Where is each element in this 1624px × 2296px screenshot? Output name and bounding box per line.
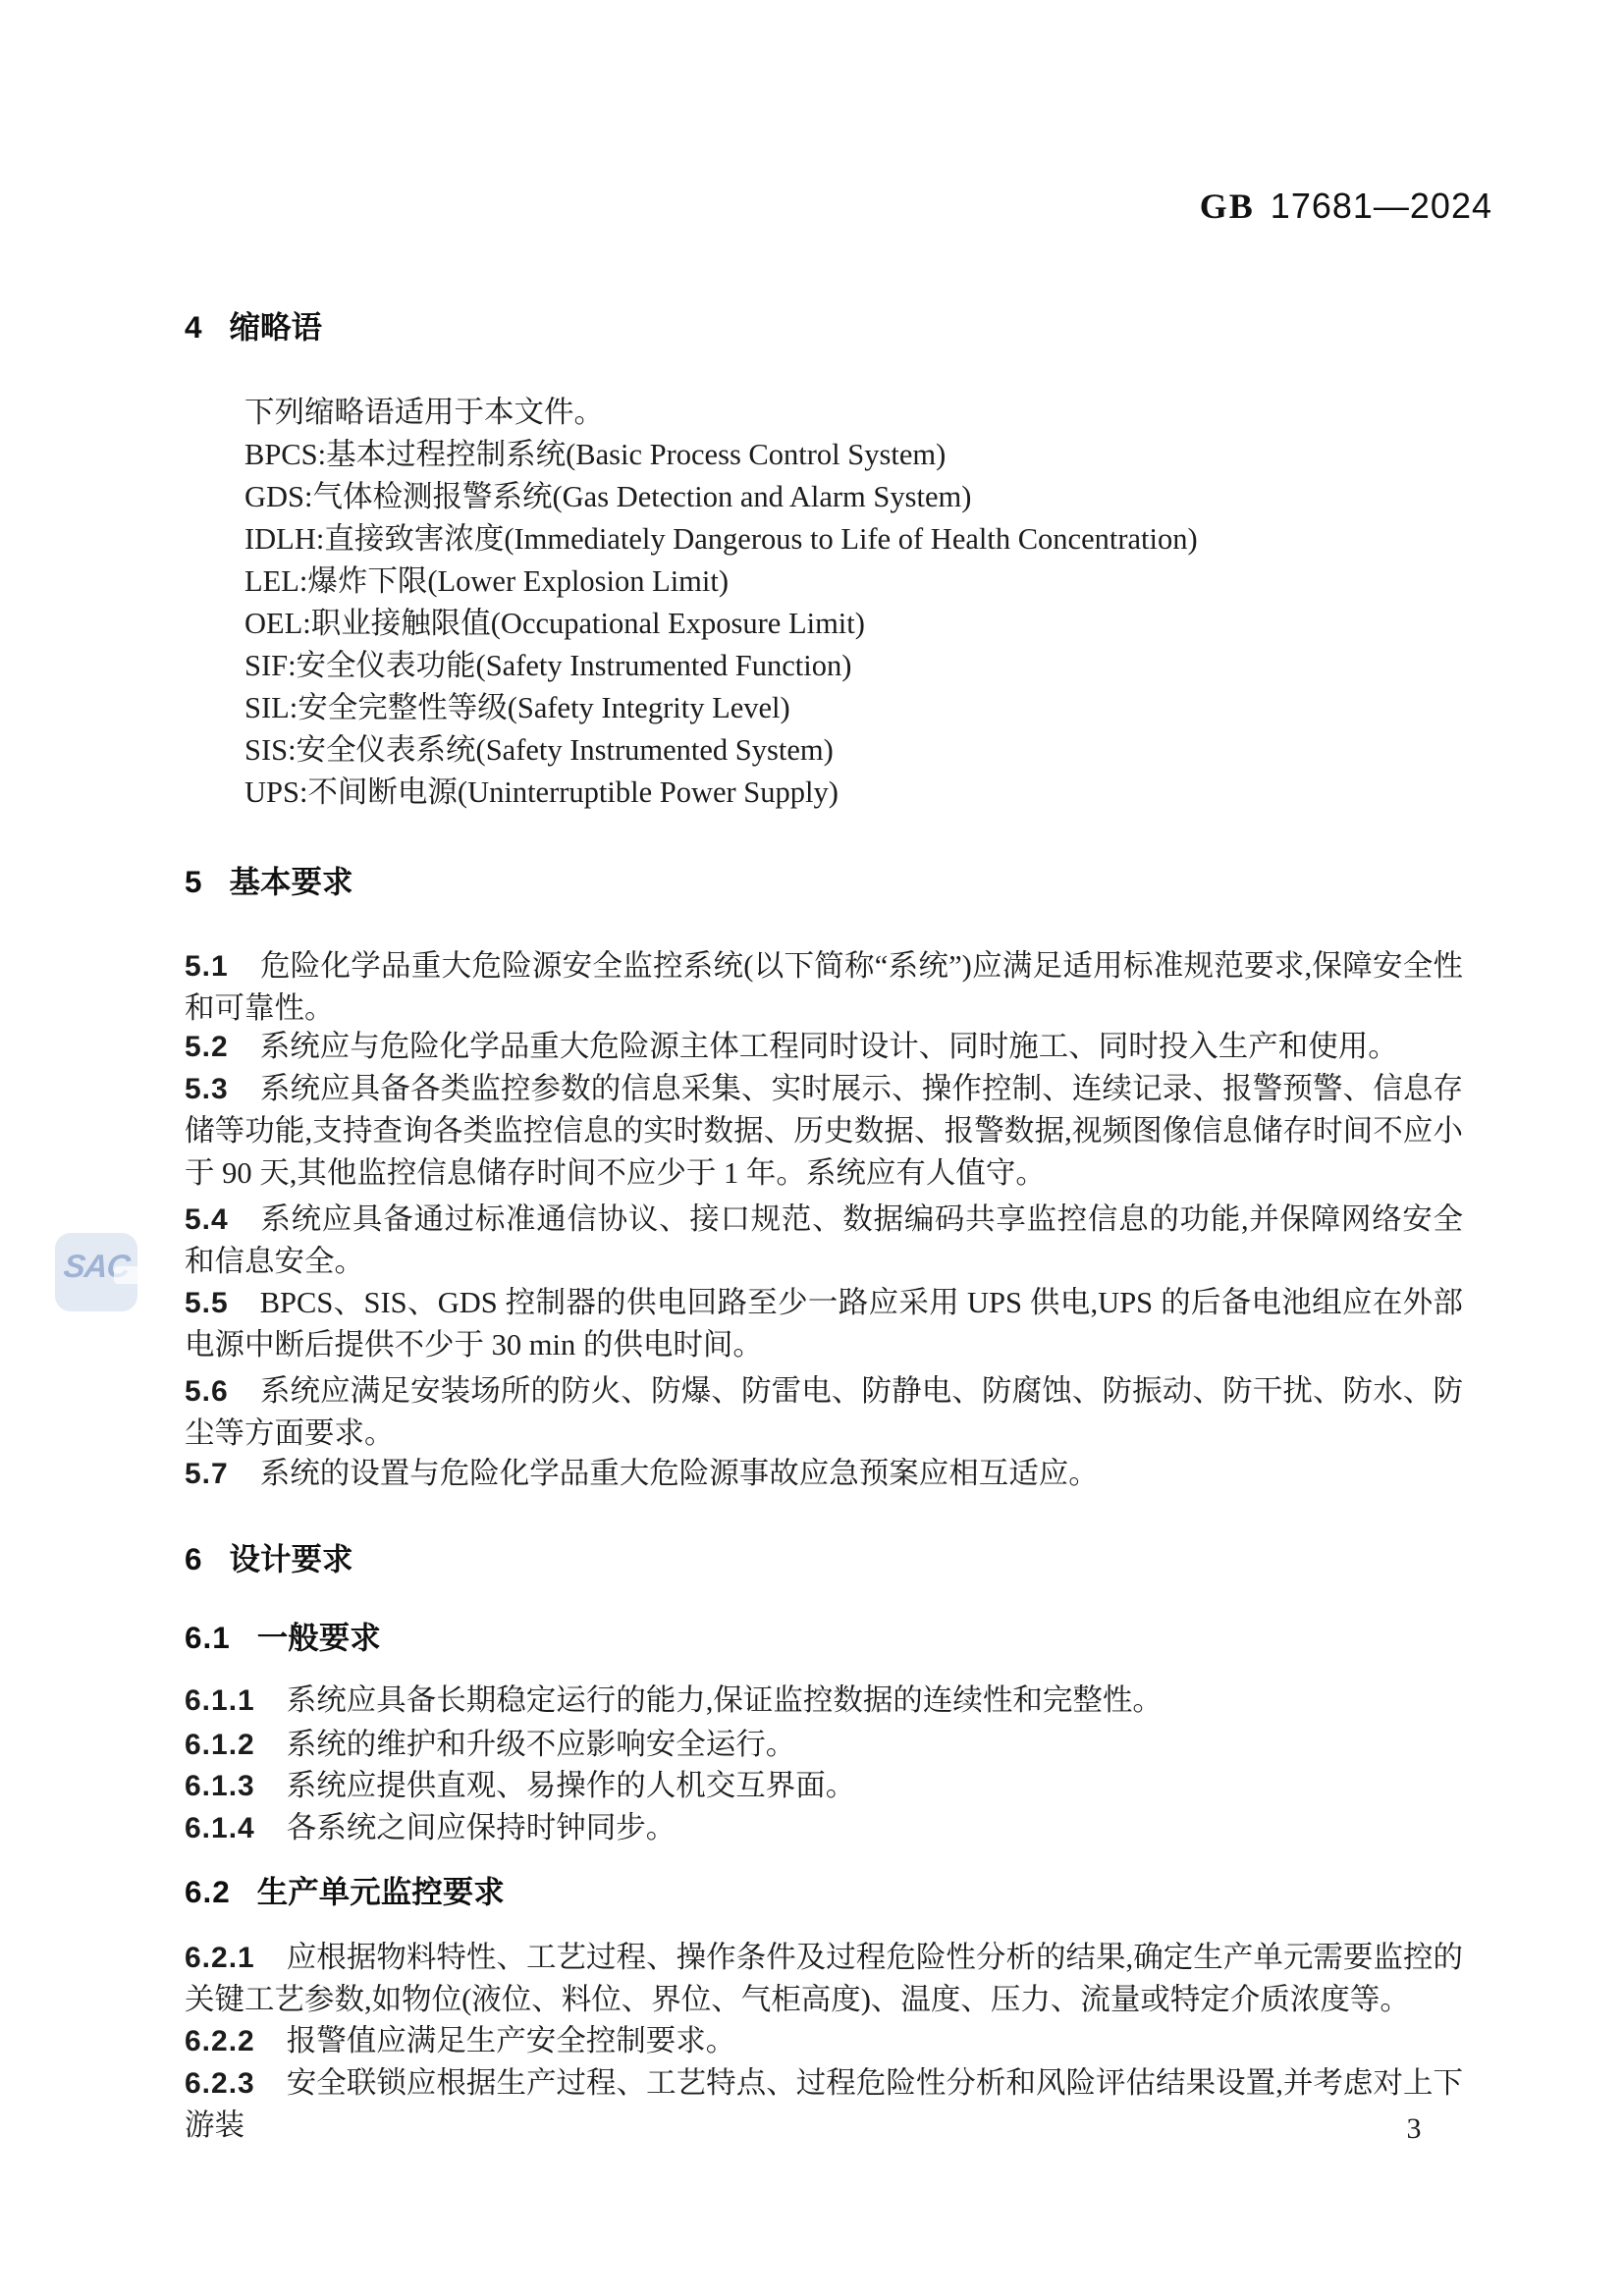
clause-text: 系统应具备长期稳定运行的能力,保证监控数据的连续性和完整性。	[287, 1683, 1163, 1717]
heading-title: 一般要求	[257, 1620, 381, 1655]
abbreviation-line: SIS:安全仪表系统(Safety Instrumented System)	[185, 729, 1523, 772]
standard-prefix: GB	[1200, 187, 1255, 226]
clause-number: 5.2	[185, 1031, 229, 1063]
clause-text: BPCS、SIS、GDS 控制器的供电回路至少一路应采用 UPS 供电,UPS …	[185, 1286, 1463, 1362]
line-text: SIF:安全仪表功能(Safety Instrumented Function)	[244, 649, 851, 682]
line-text: SIL:安全完整性等级(Safety Integrity Level)	[244, 691, 790, 724]
line-text: IDLH:直接致害浓度(Immediately Dangerous to Lif…	[244, 522, 1198, 556]
clause-number: 6.1.1	[185, 1684, 255, 1717]
clause-paragraph: 6.1.3系统应提供直观、易操作的人机交互界面。	[185, 1765, 1463, 1807]
abbreviation-line: GDS:气体检测报警系统(Gas Detection and Alarm Sys…	[185, 476, 1523, 518]
clause-text: 安全联锁应根据生产过程、工艺特点、过程危险性分析和风险评估结果设置,并考虑对上下…	[185, 2066, 1463, 2142]
abbreviation-line: BPCS:基本过程控制系统(Basic Process Control Syst…	[185, 434, 1523, 476]
abbreviation-line: LEL:爆炸下限(Lower Explosion Limit)	[185, 561, 1523, 603]
section-heading: 5基本要求	[185, 859, 1463, 904]
clause-number: 5.4	[185, 1203, 229, 1236]
clause-number: 6.2.2	[185, 2025, 255, 2057]
heading-number: 6.1	[185, 1620, 231, 1655]
clause-paragraph: 6.1.4各系统之间应保持时钟同步。	[185, 1807, 1463, 1849]
line-text: 下列缩略语适用于本文件。	[244, 396, 604, 429]
clause-number: 5.3	[185, 1073, 229, 1105]
clause-number: 6.2.1	[185, 1942, 255, 1974]
heading-number: 6	[185, 1541, 203, 1576]
abbreviation-line: OEL:职业接触限值(Occupational Exposure Limit)	[185, 603, 1523, 645]
clause-number: 6.1.3	[185, 1770, 255, 1802]
clause-number: 5.5	[185, 1287, 229, 1319]
line-text: SIS:安全仪表系统(Safety Instrumented System)	[244, 733, 834, 767]
abbreviation-line: IDLH:直接致害浓度(Immediately Dangerous to Lif…	[185, 518, 1523, 561]
abbreviation-line: SIL:安全完整性等级(Safety Integrity Level)	[185, 687, 1523, 729]
sac-logo-text: SAC	[62, 1248, 132, 1285]
clause-number: 6.1.2	[185, 1729, 255, 1761]
clause-text: 系统应具备通过标准通信协议、接口规范、数据编码共享监控信息的功能,并保障网络安全…	[185, 1202, 1463, 1278]
clause-paragraph: 5.2系统应与危险化学品重大危险源主体工程同时设计、同时施工、同时投入生产和使用…	[185, 1026, 1463, 1068]
clause-number: 6.1.4	[185, 1812, 255, 1844]
heading-number: 5	[185, 864, 203, 899]
clause-text: 系统的设置与危险化学品重大危险源事故应急预案应相互适应。	[260, 1457, 1099, 1490]
line-text: LEL:爆炸下限(Lower Explosion Limit)	[244, 564, 729, 598]
heading-title: 生产单元监控要求	[257, 1874, 505, 1909]
clause-number: 6.2.3	[185, 2067, 255, 2100]
clause-paragraph: 5.5BPCS、SIS、GDS 控制器的供电回路至少一路应采用 UPS 供电,U…	[185, 1282, 1463, 1366]
clause-paragraph: 5.6系统应满足安装场所的防火、防爆、防雷电、防静电、防腐蚀、防振动、防干扰、防…	[185, 1370, 1463, 1455]
clause-text: 系统应提供直观、易操作的人机交互界面。	[287, 1769, 856, 1802]
heading-number: 6.2	[185, 1874, 231, 1909]
subsection-heading: 6.1一般要求	[185, 1615, 1463, 1660]
standard-number: 17681—2024	[1271, 186, 1492, 226]
clause-number: 5.6	[185, 1375, 229, 1408]
clause-text: 系统应与危险化学品重大危险源主体工程同时设计、同时施工、同时投入生产和使用。	[260, 1030, 1398, 1063]
subsection-heading: 6.2生产单元监控要求	[185, 1869, 1463, 1914]
line-text: OEL:职业接触限值(Occupational Exposure Limit)	[244, 607, 865, 640]
heading-title: 缩略语	[230, 309, 323, 345]
clause-text: 各系统之间应保持时钟同步。	[287, 1811, 677, 1844]
sac-watermark-logo: SAC	[55, 1233, 137, 1311]
line-text: BPCS:基本过程控制系统(Basic Process Control Syst…	[244, 438, 946, 471]
section-heading: 4缩略语	[185, 304, 1463, 349]
clause-paragraph: 6.1.2系统的维护和升级不应影响安全运行。	[185, 1724, 1463, 1766]
clause-number: 5.1	[185, 950, 229, 983]
clause-text: 危险化学品重大危险源安全监控系统(以下简称“系统”)应满足适用标准规范要求,保障…	[185, 949, 1463, 1025]
clause-text: 系统应具备各类监控参数的信息采集、实时展示、操作控制、连续记录、报警预警、信息存…	[185, 1072, 1463, 1190]
heading-title: 设计要求	[230, 1541, 353, 1576]
clause-paragraph: 5.1危险化学品重大危险源安全监控系统(以下简称“系统”)应满足适用标准规范要求…	[185, 945, 1463, 1030]
clause-paragraph: 6.2.2报警值应满足生产安全控制要求。	[185, 2020, 1463, 2062]
heading-number: 4	[185, 309, 203, 345]
section-heading: 6设计要求	[185, 1536, 1463, 1581]
clause-paragraph: 6.2.3安全联锁应根据生产过程、工艺特点、过程危险性分析和风险评估结果设置,并…	[185, 2062, 1463, 2147]
clause-number: 5.7	[185, 1458, 229, 1490]
abbreviation-line: SIF:安全仪表功能(Safety Instrumented Function)	[185, 645, 1523, 687]
clause-text: 系统应满足安装场所的防火、防爆、防雷电、防静电、防腐蚀、防振动、防干扰、防水、防…	[185, 1374, 1463, 1450]
heading-title: 基本要求	[230, 864, 353, 899]
standard-number-header: GB17681—2024	[1200, 187, 1492, 226]
clause-text: 应根据物料特性、工艺过程、操作条件及过程危险性分析的结果,确定生产单元需要监控的…	[185, 1941, 1463, 2016]
abbreviation-line: UPS:不间断电源(Uninterruptible Power Supply)	[185, 772, 1523, 814]
line-text: UPS:不间断电源(Uninterruptible Power Supply)	[244, 775, 839, 809]
clause-paragraph: 5.3系统应具备各类监控参数的信息采集、实时展示、操作控制、连续记录、报警预警、…	[185, 1068, 1463, 1195]
clause-paragraph: 6.2.1应根据物料特性、工艺过程、操作条件及过程危险性分析的结果,确定生产单元…	[185, 1937, 1463, 2021]
clause-paragraph: 6.1.1系统应具备长期稳定运行的能力,保证监控数据的连续性和完整性。	[185, 1680, 1463, 1722]
clause-text: 系统的维护和升级不应影响安全运行。	[287, 1728, 796, 1761]
intro-line: 下列缩略语适用于本文件。	[185, 392, 1523, 434]
clause-text: 报警值应满足生产安全控制要求。	[287, 2024, 736, 2057]
line-text: GDS:气体检测报警系统(Gas Detection and Alarm Sys…	[244, 480, 971, 513]
clause-paragraph: 5.7系统的设置与危险化学品重大危险源事故应急预案应相互适应。	[185, 1453, 1463, 1495]
page-number: 3	[1394, 2108, 1434, 2150]
clause-paragraph: 5.4系统应具备通过标准通信协议、接口规范、数据编码共享监控信息的功能,并保障网…	[185, 1199, 1463, 1283]
